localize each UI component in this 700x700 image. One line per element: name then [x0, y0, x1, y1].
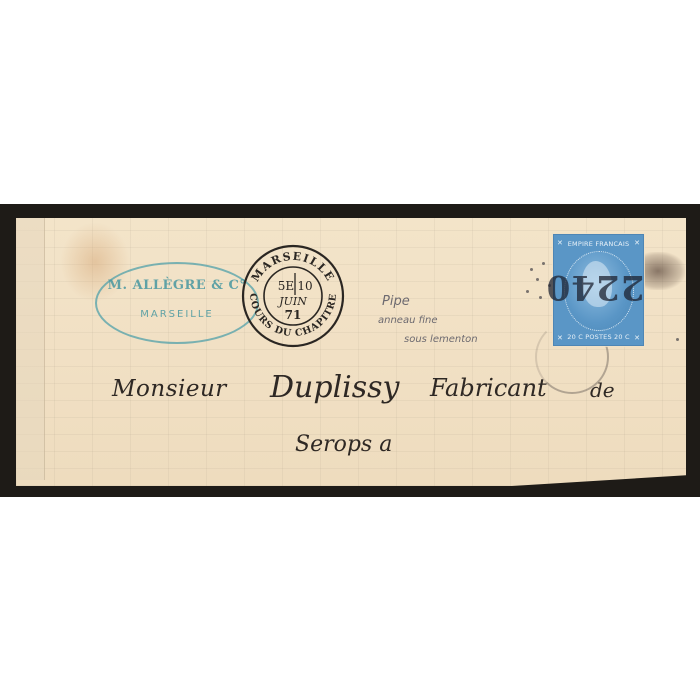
corner-cross-icon: ✕	[557, 334, 563, 342]
postage-stamp: ✕ ✕ ✕ ✕ EMPIRE FRANCAIS 2240 20 C POSTES…	[553, 234, 644, 346]
svg-text:5E: 5E	[278, 279, 294, 293]
pencil-line: anneau fine	[378, 311, 518, 330]
svg-text:71: 71	[285, 308, 302, 322]
folded-edge	[16, 218, 45, 480]
pencil-line: sous lementon	[404, 330, 518, 349]
address-occupation: Fabricant	[430, 374, 547, 402]
stamp-value-label: 20 C POSTES 20 C	[564, 333, 633, 341]
pencil-annotation: Pipe anneau fine sous lementon	[378, 292, 518, 349]
address-name: Duplissy	[270, 370, 400, 405]
svg-text:10: 10	[297, 279, 312, 293]
numeral-cancel: 2240	[540, 267, 650, 307]
corner-cross-icon: ✕	[634, 334, 640, 342]
company-cachet: M. ALLÈGRE & C° MARSEILLE	[95, 262, 259, 344]
address-salutation: Monsieur	[112, 376, 227, 402]
postmark-svg: MARSEILLE COURS DU CHAPITRE 5E 10 JUIN 7…	[240, 243, 346, 349]
circular-datestamp: MARSEILLE COURS DU CHAPITRE 5E 10 JUIN 7…	[240, 243, 346, 349]
cachet-company-name: M. ALLÈGRE & C°	[97, 278, 257, 293]
corner-cross-icon: ✕	[634, 239, 640, 247]
svg-text:JUIN: JUIN	[277, 295, 307, 308]
address-place: Serops a	[295, 432, 392, 457]
address-preposition: de	[590, 378, 615, 402]
stamp-country-label: EMPIRE FRANCAIS	[564, 240, 633, 248]
pencil-line: Pipe	[382, 292, 518, 311]
corner-cross-icon: ✕	[557, 239, 563, 247]
cachet-city: MARSEILLE	[97, 309, 257, 320]
